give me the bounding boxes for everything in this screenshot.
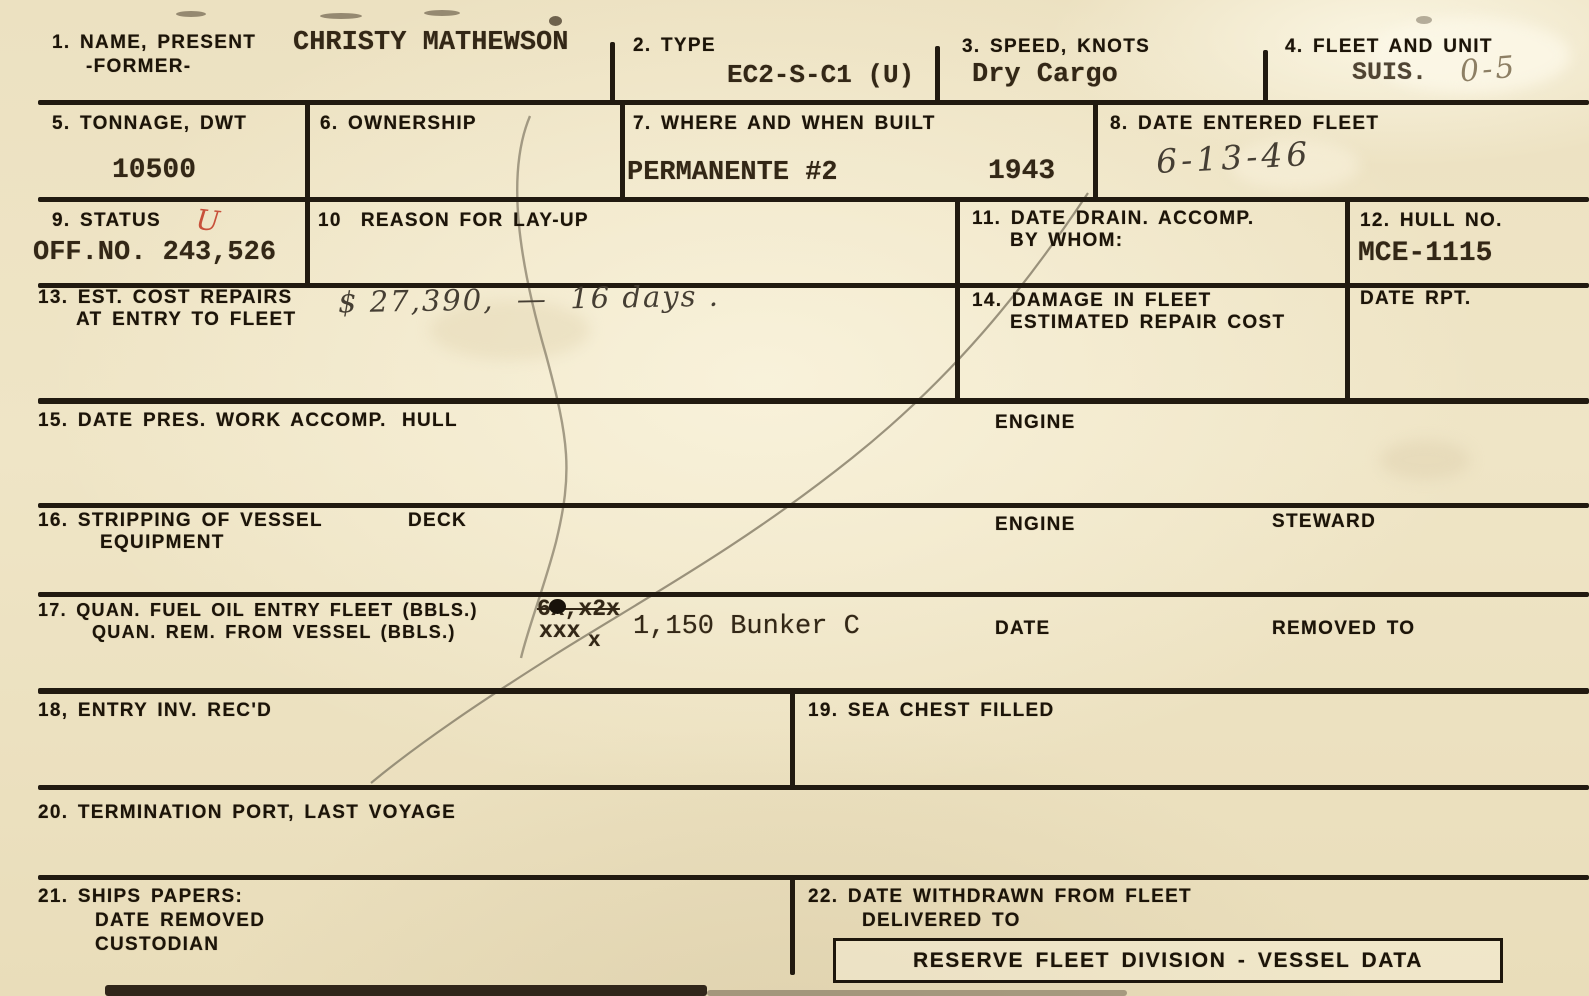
ink-blot [549,599,566,614]
field-21-label-line2: DATE REMOVED [95,910,265,932]
field-19-label: 19. SEA CHEST FILLED [808,700,1055,722]
field-5-label: 5. TONNAGE, DWT [52,113,247,135]
field-8-label: 8. DATE ENTERED FLEET [1110,113,1379,135]
paper-stain [1380,440,1470,480]
field-11-label: 11. DATE DRAIN. ACCOMP. [972,208,1254,230]
field-9-red-status-mark: U [194,203,221,238]
field-15-label: 15. DATE PRES. WORK ACCOMP. [38,410,387,432]
grid-line [1093,100,1098,201]
field-7-value-shipyard: PERMANENTE #2 [627,158,838,188]
field-22-label-line2: DELIVERED TO [862,910,1021,932]
field-14-label-line2: ESTIMATED REPAIR COST [1010,312,1285,334]
grid-line [38,503,1589,508]
grid-line [38,398,1589,404]
scan-speck [549,16,562,26]
pencil-diagonal [371,193,1088,783]
field-1-label-former: -FORMER- [86,56,191,78]
card-title: RESERVE FLEET DIVISION - VESSEL DATA [913,949,1423,973]
scan-speck [424,10,460,16]
scan-edge-shadow [105,985,707,996]
field-21-label: 21. SHIPS PAPERS: [38,886,243,908]
field-16-deck-label: DECK [408,510,467,532]
field-14-label: 14. DAMAGE IN FLEET [972,290,1212,312]
field-17-value-fuel: 1,150 Bunker C [633,612,860,642]
scan-edge-shadow [707,990,1127,996]
grid-line [305,100,310,201]
field-8-handwritten-date: 6-13-46 [1155,134,1312,181]
field-17-label-line2: QUAN. REM. FROM VESSEL (BBLS.) [92,622,456,643]
field-21-label-line3: CUSTODIAN [95,934,219,956]
field-16-label-line2: EQUIPMENT [100,532,225,554]
vessel-data-card: 1. NAME, PRESENT -FORMER- CHRISTY MATHEW… [0,0,1589,996]
field-7-label: 7. WHERE AND WHEN BUILT [633,113,936,135]
field-15-hull-label: HULL [402,410,458,432]
grid-line [38,197,1589,202]
grid-line [790,875,795,975]
field-13-label: 13. EST. COST REPAIRS [38,287,293,309]
field-13-handwritten-cost: $ 27,390, — 16 days . [338,279,720,320]
field-3-value-cargo: Dry Cargo [972,60,1118,90]
field-15-engine-label: ENGINE [995,412,1076,434]
field-17-struck-figure-2b: x [588,630,601,653]
field-10-label: 10 REASON FOR LAY-UP [318,210,589,232]
field-5-value-tonnage: 10500 [112,155,196,186]
field-16-steward-label: STEWARD [1272,511,1376,533]
grid-line [38,688,1589,694]
scan-speck [320,13,362,19]
scan-speck [1416,16,1432,24]
grid-line [38,785,1589,790]
field-12-value-hull-number: MCE-1115 [1358,238,1492,269]
field-17-removed-to-label: REMOVED TO [1272,618,1415,640]
grid-line [955,197,960,402]
field-1-value-ship-name: CHRISTY MATHEWSON [293,28,568,58]
field-14-date-rpt-label: DATE RPT. [1360,288,1471,310]
field-16-engine-label: ENGINE [995,514,1076,536]
grid-line [38,875,1589,880]
field-4-value-fleet: SUIS. [1352,58,1427,87]
grid-line [38,592,1589,597]
field-12-label: 12. HULL NO. [1360,210,1503,232]
grid-line [620,100,625,201]
field-18-label: 18, ENTRY INV. REC'D [38,700,272,722]
field-2-label: 2. TYPE [633,35,716,57]
card-title-banner: RESERVE FLEET DIVISION - VESSEL DATA [833,938,1503,983]
field-2-value-type: EC2-S-C1 (U) [727,60,914,90]
field-4-pencil-unit: 0-5 [1459,50,1519,90]
grid-line [610,42,615,104]
field-9-label: 9. STATUS [52,210,161,232]
scan-speck [176,11,206,17]
grid-line [935,46,940,104]
field-6-label: 6. OWNERSHIP [320,113,477,135]
field-9-value-official-number: OFF.NO. 243,526 [33,238,276,268]
field-1-label: 1. NAME, PRESENT [52,32,256,54]
field-17-label: 17. QUAN. FUEL OIL ENTRY FLEET (BBLS.) [38,600,478,621]
grid-line [1345,197,1350,402]
grid-line [38,100,1589,105]
field-11-label-by-whom: BY WHOM: [1010,230,1123,252]
grid-line [305,197,310,287]
grid-line [790,688,795,788]
field-17-date-label: DATE [995,618,1051,640]
field-20-label: 20. TERMINATION PORT, LAST VOYAGE [38,802,456,824]
field-22-label: 22. DATE WITHDRAWN FROM FLEET [808,886,1192,908]
field-7-value-year: 1943 [988,156,1055,187]
grid-line [1263,50,1268,104]
field-13-label-line2: AT ENTRY TO FLEET [76,309,296,331]
pencil-strokes [0,0,1589,996]
field-17-struck-figure-2: xxx [539,618,580,644]
field-3-label: 3. SPEED, KNOTS [962,36,1150,58]
field-16-label: 16. STRIPPING OF VESSEL [38,510,323,532]
